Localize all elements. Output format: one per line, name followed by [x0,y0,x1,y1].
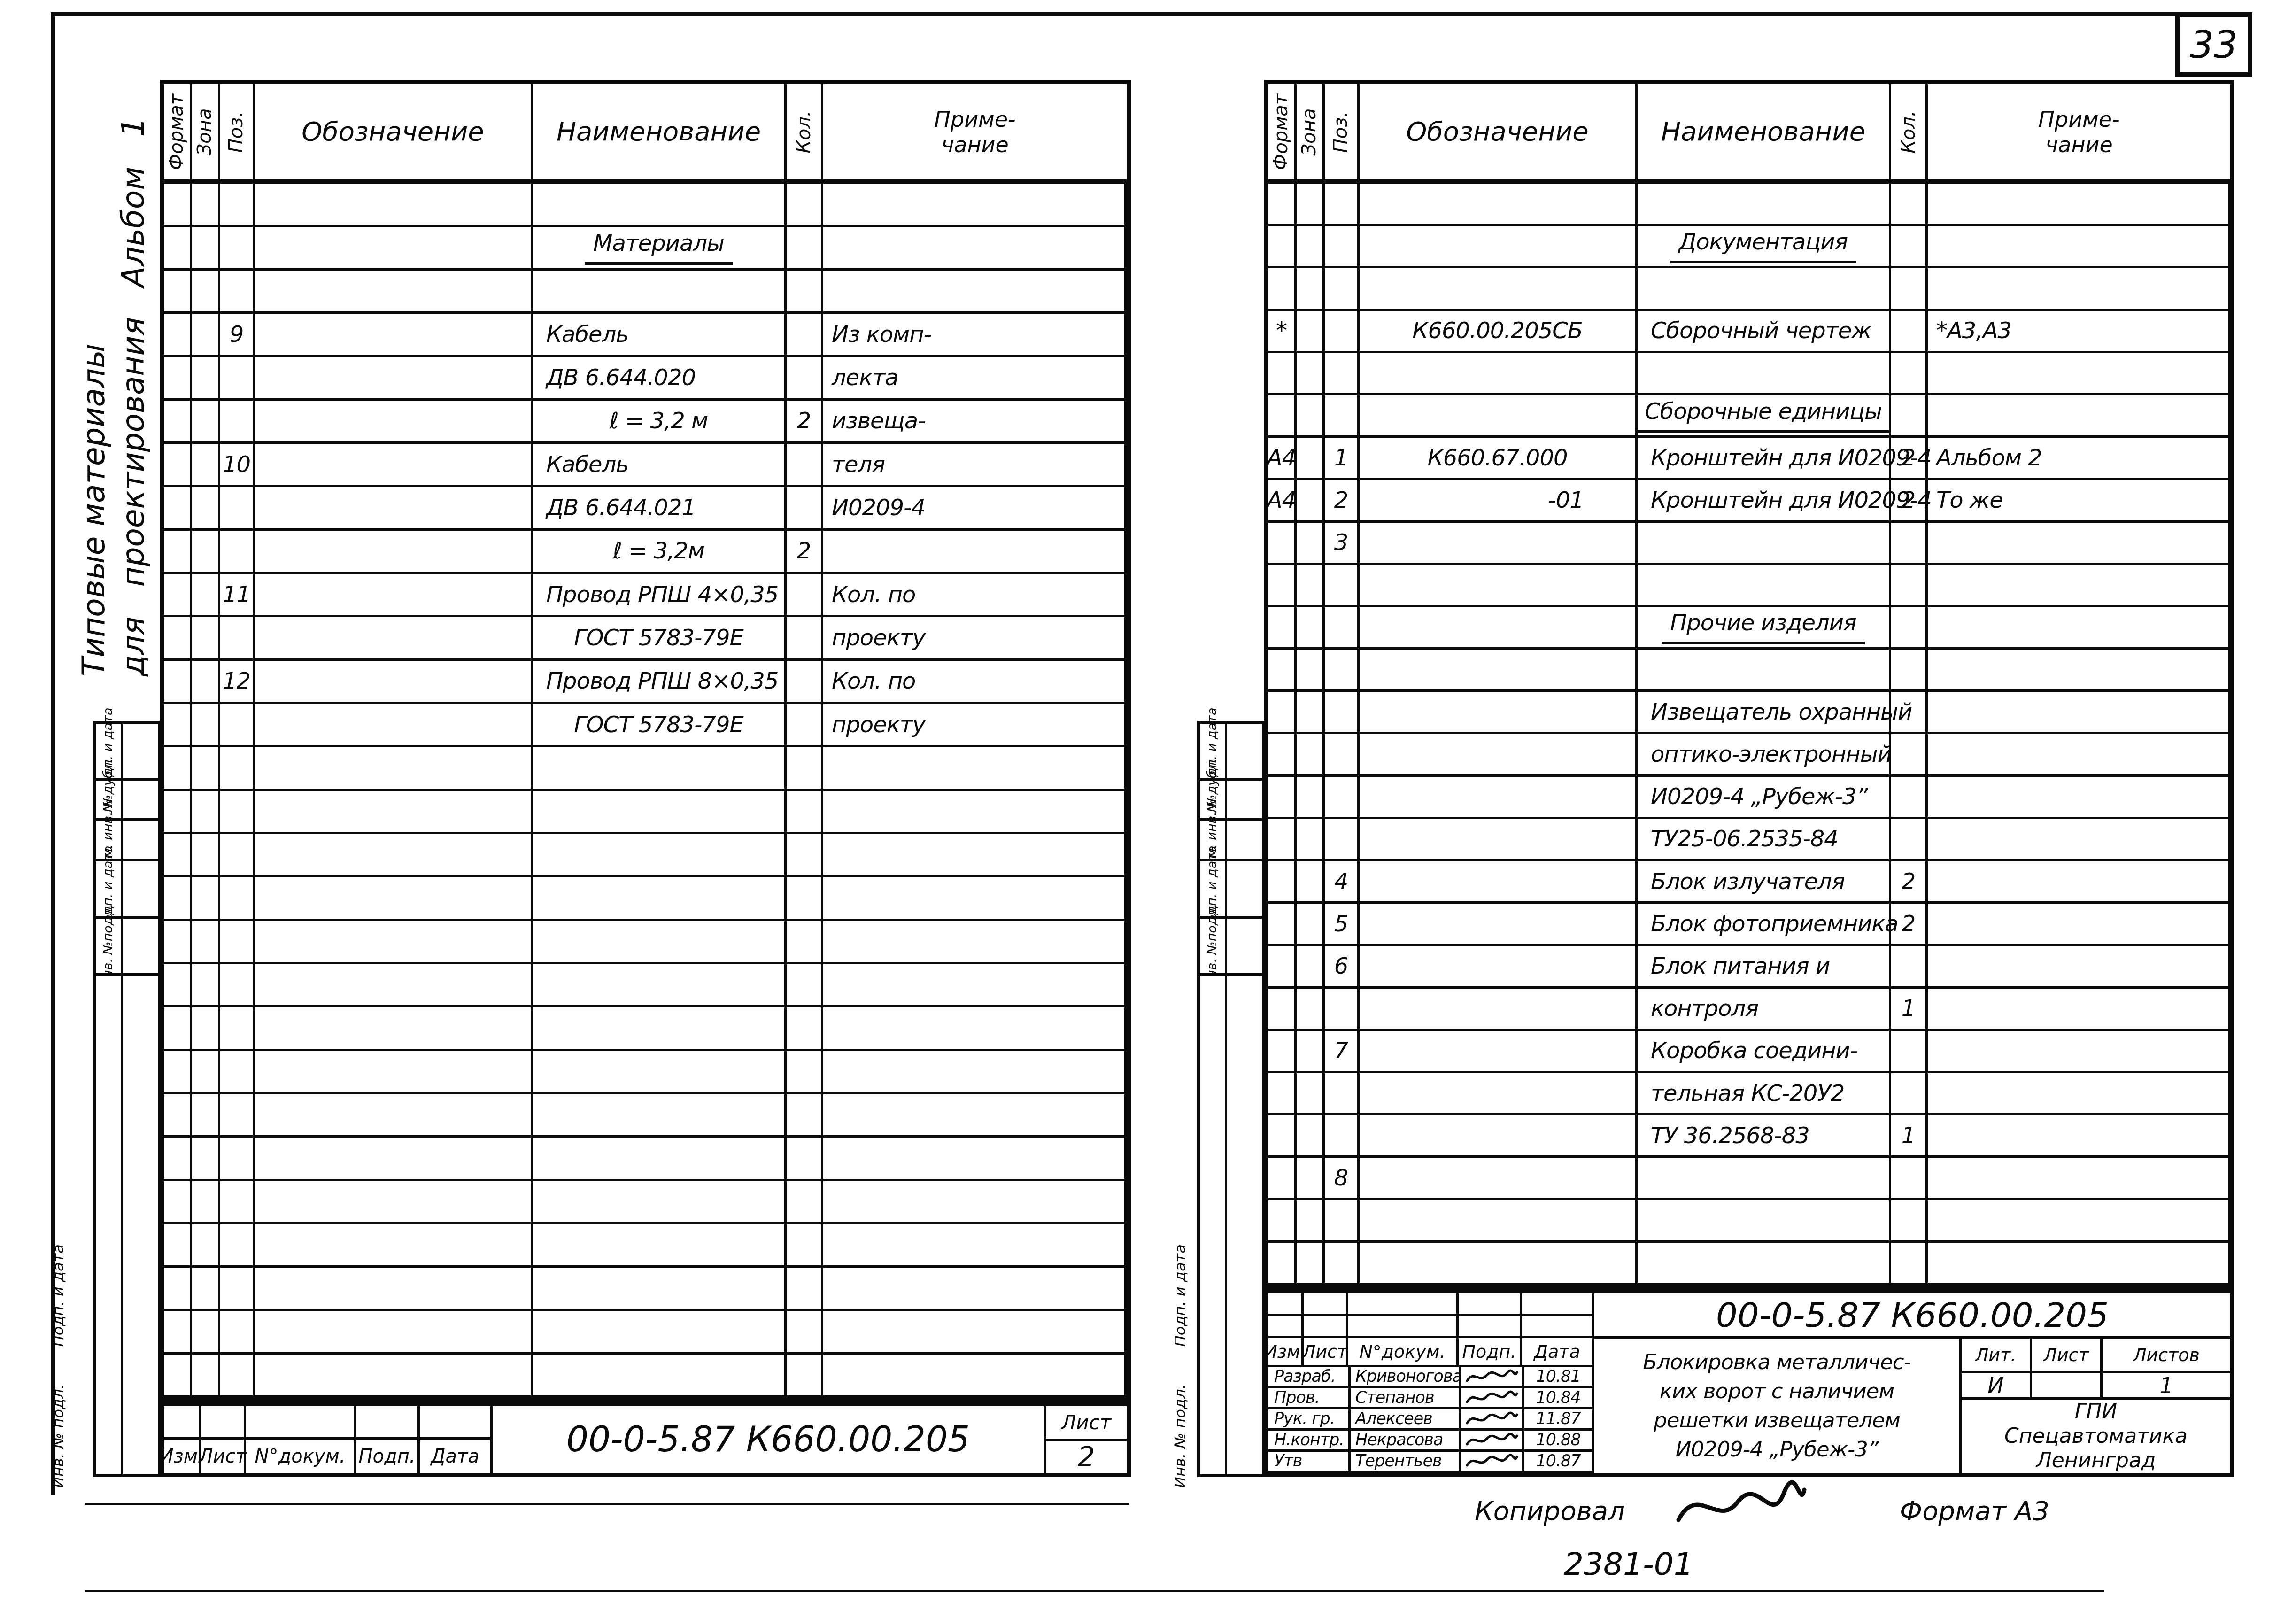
cell-format: А4 [1268,480,1297,522]
cell-designation [255,487,533,530]
cell-designation: К660.00.205СБ [1360,311,1638,353]
cell-format [1268,1073,1297,1115]
cell-name [533,184,787,227]
cell-zone [192,531,220,574]
cell-qty [787,834,823,877]
cell-qty: 1 [1891,1115,1928,1158]
cell-designation [1360,861,1638,904]
cell-note [823,227,1127,270]
cell-format: А4 [1268,438,1297,480]
cell-qty [787,1268,823,1311]
lit-value-row: И 1 [1962,1373,2230,1400]
cell-pos [220,1051,255,1094]
cell-qty [1891,1200,1928,1243]
cell-format [164,531,192,574]
cell-name: Провод РПШ 4×0,35 [533,574,787,617]
col-header-qty: Кол. [787,84,823,179]
cell-zone [1297,268,1325,310]
cell-note [1928,184,2230,226]
cell-name [533,271,787,314]
cell-format [164,314,192,357]
cell-format [1268,565,1297,607]
cell-pos [1325,353,1360,395]
cell-note [823,1311,1127,1355]
sheet-value [2032,1373,2103,1397]
cell-designation [1360,734,1638,776]
cell-pos [220,1355,255,1398]
drawing-title: Блокировка металличес- ких ворот с налич… [1594,1339,1962,1473]
cell-qty [787,661,823,704]
cell-pos [1325,650,1360,692]
form-code: 2381-01 [1564,1546,1693,1582]
cell-designation [1360,692,1638,734]
cell-zone [192,704,220,747]
table-row [164,921,1127,964]
cell-note: проекту [823,704,1127,747]
cell-designation [1360,1158,1638,1200]
cell-designation [1360,989,1638,1031]
bottom-divider-right [85,1590,2104,1592]
cell-designation [1360,1073,1638,1115]
table-row: И0209-4 „Рубеж-3” [1268,777,2230,819]
signature-role: Рук. гр. [1268,1409,1351,1431]
cell-zone [1297,607,1325,650]
signature-date: 10.84 [1524,1388,1592,1409]
cell-note [1928,1073,2230,1115]
cell-format [164,617,192,660]
cell-note: извеща- [823,401,1127,444]
cell-name [533,877,787,921]
cell-pos: 11 [220,574,255,617]
cell-pos [220,791,255,834]
cell-note [1928,692,2230,734]
page-number: 33 [2190,23,2238,67]
cell-zone [192,834,220,877]
cell-pos [1325,1243,1360,1285]
cell-designation [1360,1243,1638,1285]
cell-designation [255,921,533,964]
cell-note [1928,565,2230,607]
cell-zone [1297,480,1325,522]
col-header-format: Формат [1268,84,1297,179]
cell-qty [1891,607,1928,650]
cell-zone [192,357,220,400]
signature-date: 10.88 [1524,1431,1592,1452]
podp-data-label: Подп. и дата [1171,1244,1189,1347]
cell-pos [1325,607,1360,650]
signature-scribble [1461,1409,1524,1431]
table-row: ДВ 6.644.020 лекта [164,357,1127,400]
cell-designation [255,791,533,834]
cell-name [533,1051,787,1094]
cell-pos [220,1181,255,1224]
cell-name [1638,565,1891,607]
cell-designation [255,401,533,444]
cell-note: *А3,А3 [1928,311,2230,353]
cell-zone [1297,989,1325,1031]
signature-role: Разраб. [1268,1367,1351,1388]
cell-format [1268,650,1297,692]
cell-zone [192,877,220,921]
signature-scribble [1461,1367,1524,1388]
table-row [164,1268,1127,1311]
cell-pos [1325,311,1360,353]
cell-name: ГОСТ 5783-79Е [533,704,787,747]
cell-pos [220,401,255,444]
col-header-zone: Зона [1297,84,1325,179]
cell-pos [1325,1073,1360,1115]
table-row [164,877,1127,921]
cell-note [1928,1200,2230,1243]
cell-name: Извещатель охранный [1638,692,1891,734]
cell-format [1268,861,1297,904]
cell-name: ℓ = 3,2м [533,531,787,574]
podp-data-label: Подп. и дата [49,1244,67,1347]
cell-note [823,271,1127,314]
table-row: Прочие изделия [1268,607,2230,650]
signature-scribble [1461,1388,1524,1409]
cell-format [1268,692,1297,734]
cell-zone [1297,226,1325,268]
sheet-number-box: Лист 2 [1046,1406,1127,1473]
table-row: ℓ = 3,2м 2 [164,531,1127,574]
cell-designation [255,1268,533,1311]
table-row: ТУ25-06.2535-84 [1268,819,2230,861]
cell-qty [787,227,823,270]
cell-pos [1325,565,1360,607]
cell-note [823,964,1127,1007]
cell-pos [220,1094,255,1138]
cell-designation: -01 [1360,480,1638,522]
cell-designation [255,661,533,704]
cell-zone [1297,565,1325,607]
cell-format [1268,268,1297,310]
album-side-label: Типовые материалы для проектирования Аль… [74,80,153,676]
cell-name: Кронштейн для И0209-4 [1638,438,1891,480]
cell-qty [787,184,823,227]
cell-designation [255,1007,533,1051]
cell-pos: 12 [220,661,255,704]
table-row [164,747,1127,790]
cell-pos [220,1138,255,1181]
cell-pos [220,617,255,660]
table-row: 12 Провод РПШ 8×0,35 Кол. по [164,661,1127,704]
cell-pos [1325,989,1360,1031]
cell-pos [1325,819,1360,861]
cell-qty [787,1094,823,1138]
lit-header-row: Лит. Лист Листов [1962,1339,2230,1373]
cell-designation [1360,184,1638,226]
cell-qty [1891,1158,1928,1200]
cell-pos [220,357,255,400]
revision-empty-row [1268,1316,1592,1339]
cell-zone [192,747,220,790]
cell-format [1268,1115,1297,1158]
table-row [1268,565,2230,607]
cell-qty [787,357,823,400]
cell-note [1928,395,2230,438]
signature-row: Рук. гр. Алексеев 11.87 [1268,1409,1592,1431]
cell-designation [1360,353,1638,395]
table-row: ℓ = 3,2 м 2 извеща- [164,401,1127,444]
cell-pos [220,1224,255,1268]
cell-name: Кабель [533,444,787,487]
cell-note [823,1355,1127,1398]
cell-note [823,1224,1127,1268]
cell-pos: 3 [1325,523,1360,565]
cell-note: лекта [823,357,1127,400]
cell-pos [220,1007,255,1051]
right-spec-table: Формат Зона Поз. Обозначение Наименовани… [1264,80,2234,1289]
cell-qty [1891,565,1928,607]
cell-name [533,1181,787,1224]
document-number: 00-0-5.87 К660.00.205 [493,1406,1046,1473]
cell-qty [787,1138,823,1181]
cell-zone [192,964,220,1007]
left-spec-table: Формат Зона Поз. Обозначение Наименовани… [160,80,1131,1402]
table-row: 9 Кабель Из комп- [164,314,1127,357]
cell-designation [1360,523,1638,565]
cell-name [1638,353,1891,395]
cell-zone [192,314,220,357]
cell-pos [220,834,255,877]
table-row: 11 Провод РПШ 4×0,35 Кол. по [164,574,1127,617]
cell-pos: 4 [1325,861,1360,904]
cell-note [823,1268,1127,1311]
cell-note: проекту [823,617,1127,660]
cell-designation [1360,607,1638,650]
cell-format [164,1007,192,1051]
cell-designation [255,1311,533,1355]
cell-name: Блок излучателя [1638,861,1891,904]
cell-format [164,964,192,1007]
cell-format [164,877,192,921]
cell-note: Альбом 2 [1928,438,2230,480]
cell-note [823,531,1127,574]
cell-pos [220,704,255,747]
cell-designation [255,271,533,314]
table-row [164,1007,1127,1051]
cell-pos: 10 [220,444,255,487]
cell-zone [1297,692,1325,734]
cell-pos [220,271,255,314]
cell-note [1928,734,2230,776]
cell-qty [787,964,823,1007]
cell-note [1928,946,2230,988]
signature-name: Кривоногова [1351,1367,1461,1388]
cell-zone [192,1051,220,1094]
cell-zone [1297,1243,1325,1285]
cell-format [1268,946,1297,988]
cell-qty: 2 [787,531,823,574]
cell-name [533,1311,787,1355]
signature-scribble [1461,1452,1524,1473]
cell-note [1928,226,2230,268]
cell-designation [255,357,533,400]
cell-name [1638,268,1891,310]
cell-note [823,1138,1127,1181]
table-row: контроля 1 [1268,989,2230,1031]
table-row [1268,1243,2230,1285]
table-row [1268,650,2230,692]
sheet-label: Лист [1046,1406,1127,1441]
cell-qty [787,574,823,617]
cell-qty [1891,946,1928,988]
cell-format [1268,1031,1297,1073]
table-row [164,1355,1127,1398]
table-row [164,834,1127,877]
col-header-format: Формат [164,84,192,179]
table-row [1268,268,2230,310]
cell-designation [255,314,533,357]
cell-note: теля [823,444,1127,487]
cell-zone [1297,1158,1325,1200]
cell-name: Блок питания и [1638,946,1891,988]
cell-zone [1297,734,1325,776]
table-row: тельная КС-20У2 [1268,1073,2230,1115]
col-header-zone: Зона [192,84,220,179]
cell-designation [1360,565,1638,607]
cell-qty [787,704,823,747]
cell-format [164,747,192,790]
cell-qty [1891,311,1928,353]
revision-label-row: Изм. Лист N°докум. Подп. Дата [164,1440,490,1473]
cell-name: Коробка соедини- [1638,1031,1891,1073]
cell-name [533,1355,787,1398]
cell-pos [1325,184,1360,226]
table-row: 5 Блок фотоприемника 2 [1268,904,2230,946]
col-header-note: Приме- чание [1928,84,2230,179]
page-number-box: 33 [2175,12,2252,77]
cell-designation [255,227,533,270]
table-row: 4 Блок излучателя 2 [1268,861,2230,904]
signature-row: Н.контр. Некрасова 10.88 [1268,1431,1592,1452]
cell-name: Кронштейн для И0209-4 [1638,480,1891,522]
cell-pos: 9 [220,314,255,357]
album-label-line1: Типовые материалы [74,80,114,676]
cell-zone [1297,1073,1325,1115]
revision-empty-row [1268,1293,1592,1316]
cell-name [1638,184,1891,226]
cell-name: Материалы [533,227,787,270]
cell-format [164,574,192,617]
margin-box-inv-podl: Инв. №подл. [93,916,161,976]
signature-name: Терентьев [1351,1452,1461,1473]
cell-pos: 5 [1325,904,1360,946]
cell-name [533,834,787,877]
cell-qty [1891,692,1928,734]
inv-podl-label: Инв. № подл. [1171,1384,1189,1488]
left-title-block: Изм. Лист N°докум. Подп. Дата 00-0-5.87 … [160,1402,1131,1477]
margin-box-empty [93,973,161,1477]
cell-format [164,1268,192,1311]
cell-zone [192,921,220,964]
cell-zone [1297,311,1325,353]
cell-note [1928,523,2230,565]
cell-pos [220,227,255,270]
cell-format [1268,989,1297,1031]
cell-format [164,1355,192,1398]
cell-name: И0209-4 „Рубеж-3” [1638,777,1891,819]
cell-designation [255,531,533,574]
cell-designation [255,574,533,617]
col-header-designation: Обозначение [255,84,533,179]
cell-pos [220,964,255,1007]
left-table-header: Формат Зона Поз. Обозначение Наименовани… [164,84,1127,184]
cell-format [1268,184,1297,226]
cell-note: Из комп- [823,314,1127,357]
left-outer-margin-label: Инв. № подл. Подп. и дата [47,1244,70,1488]
cell-format [1268,734,1297,776]
cell-format [164,487,192,530]
cell-qty [787,747,823,790]
cell-format [164,1311,192,1355]
cell-note [1928,904,2230,946]
table-row: ТУ 36.2568-83 1 [1268,1115,2230,1158]
cell-pos [220,921,255,964]
cell-designation [255,877,533,921]
cell-format [1268,1200,1297,1243]
cell-name: ДВ 6.644.021 [533,487,787,530]
cell-format [164,184,192,227]
cell-zone [192,661,220,704]
cell-format [1268,607,1297,650]
cell-designation [1360,395,1638,438]
cell-zone [1297,1031,1325,1073]
right-outer-margin-label: Инв. № подл. Подп. и дата [1169,1244,1191,1488]
kopiroval-signature-scribble [1672,1479,1808,1538]
cell-name [533,1268,787,1311]
cell-zone [1297,353,1325,395]
cell-name: Блок фотоприемника [1638,904,1891,946]
cell-format [164,227,192,270]
cell-qty [787,1051,823,1094]
col-header-note: Приме- чание [823,84,1127,179]
table-row: 6 Блок питания и [1268,946,2230,988]
cell-format [164,1181,192,1224]
cell-designation [255,444,533,487]
cell-format [164,834,192,877]
cell-format [164,921,192,964]
cell-zone [1297,904,1325,946]
signature-rows: Разраб. Кривоногова 10.81 Пров. Степанов… [1268,1367,1592,1473]
cell-note [1928,353,2230,395]
cell-zone [1297,438,1325,480]
cell-format [164,444,192,487]
col-header-qty: Кол. [1891,84,1928,179]
cell-format [164,1051,192,1094]
signature-scribble [1461,1431,1524,1452]
cell-note: Кол. по [823,574,1127,617]
cell-pos [1325,1200,1360,1243]
cell-format [164,271,192,314]
cell-zone [192,1311,220,1355]
signature-row: Разраб. Кривоногова 10.81 [1268,1367,1592,1388]
cell-qty [787,877,823,921]
table-row [1268,1200,2230,1243]
col-header-pos: Поз. [1325,84,1360,179]
cell-qty: 2 [1891,438,1928,480]
cell-pos [1325,226,1360,268]
cell-designation [255,617,533,660]
cell-format [1268,1158,1297,1200]
cell-qty: 2 [1891,861,1928,904]
cell-qty [1891,1031,1928,1073]
col-header-name: Наименование [1638,84,1891,179]
cell-pos: 7 [1325,1031,1360,1073]
cell-designation [1360,1115,1638,1158]
cell-qty [787,271,823,314]
